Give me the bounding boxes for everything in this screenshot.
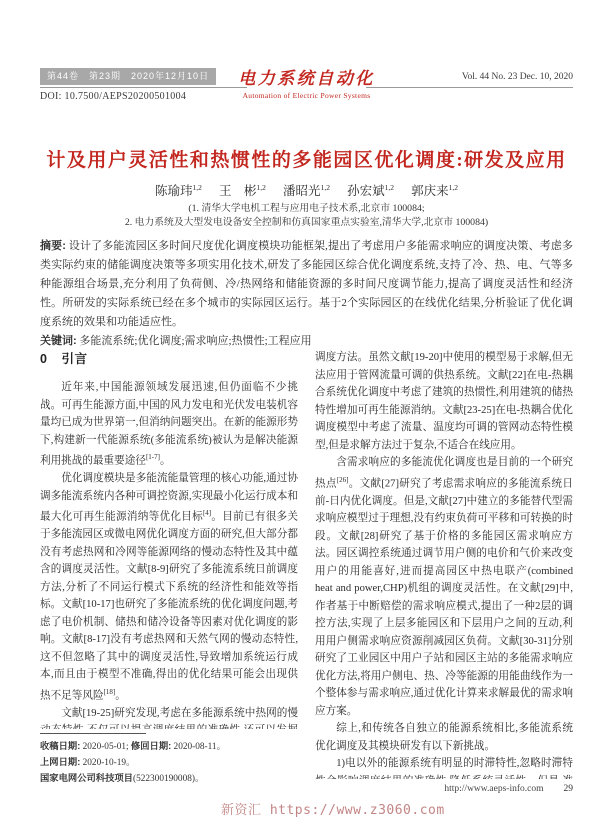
author: 陈瑜玮1,2 <box>155 184 202 198</box>
footnote-rule <box>40 733 146 734</box>
section-number: 0 <box>40 352 47 366</box>
author-affil-sup: 1,2 <box>385 183 394 192</box>
author: 郭庆来1,2 <box>411 184 458 198</box>
affiliations: (1. 清华大学电机工程与应用电子技术系,北京市 100084; 2. 电力系统… <box>0 202 613 230</box>
author-line: 陈瑜玮1,2 王 彬1,2 潘昭光1,2 孙宏斌1,2 郭庆来1,2 <box>0 181 613 199</box>
author-name: 陈瑜玮 <box>155 184 193 198</box>
page-footer: http://www.aeps-info.com29 <box>444 784 573 794</box>
author-name: 孙宏斌 <box>347 184 385 198</box>
journal-name-en: Automation of Electric Power Systems <box>0 91 613 100</box>
affiliation-1: (1. 清华大学电机工程与应用电子技术系,北京市 100084; <box>0 202 613 216</box>
right-column: 调度方法。虽然文献[19-20]中使用的模型易于求解,但无法应用于管网流量可调的… <box>315 349 573 779</box>
keywords-text: 多能流系统;优化调度;需求响应;热惯性;工程应用 <box>79 335 311 347</box>
watermark: 新资汇 https://www.z3060.com <box>221 799 445 818</box>
paragraph: 1)电以外的能源系统有明显的时滞特性,忽略时滞特性会影响调度结果的准确性,降低系… <box>315 755 573 779</box>
section-heading: 0引言 <box>40 349 298 367</box>
paragraph: 调度方法。虽然文献[19-20]中使用的模型易于求解,但无法应用于管网流量可调的… <box>315 349 573 454</box>
author: 王 彬1,2 <box>219 184 266 198</box>
abstract-text: 设计了多能流园区多时间尺度优化调度模块功能框架,提出了考虑用户多能需求响应的调度… <box>40 240 573 328</box>
author-affil-sup: 1,2 <box>321 183 330 192</box>
author-name: 郭庆来 <box>411 184 449 198</box>
footnote: 收稿日期: 2020-05-01; 修回日期: 2020-08-11。 上网日期… <box>40 733 298 787</box>
section-title: 引言 <box>61 352 87 366</box>
paper-page: 第44卷 第23期 2020年12月10日 DOI: 10.7500/AEPS2… <box>0 0 613 825</box>
journal-url: http://www.aeps-info.com <box>444 784 543 794</box>
author-name: 王 彬 <box>219 184 257 198</box>
author-affil-sup: 1,2 <box>257 183 266 192</box>
footnote-line: 国家电网公司科技项目(522300190008)。 <box>40 771 298 787</box>
paragraph: 综上,和传统各自独立的能源系统相比,多能流系统优化调度及其模块研发有以下新挑战。 <box>315 720 573 755</box>
affiliation-2: 2. 电力系统及大型发电设备安全控制和仿真国家重点实验室,清华大学,北京市 10… <box>0 216 613 230</box>
abstract: 摘要: 设计了多能流园区多时间尺度优化调度模块功能框架,提出了考虑用户多能需求响… <box>40 237 573 332</box>
paragraph: 优化调度模块是多能流能量管理的核心功能,通过协调多能流系统内各种可调控资源,实现… <box>40 470 298 705</box>
footnote-line: 收稿日期: 2020-05-01; 修回日期: 2020-08-11。 <box>40 739 298 755</box>
paragraph: 文献[19-25]研究发现,考虑在多能源系统中热网的慢动态特性,不仅可以提高调度… <box>40 705 298 729</box>
footnote-line: 上网日期: 2020-10-19。 <box>40 755 298 771</box>
paragraph: 近年来,中国能源领域发展迅速,但仍面临不少挑战。可再生能源方面,中国的风力发电和… <box>40 379 298 470</box>
journal-logo: 电力系统自动化 Automation of Electric Power Sys… <box>0 64 613 100</box>
keywords-label: 关键词: <box>40 335 77 347</box>
paragraph: 含需求响应的多能流优化调度也是目前的一个研究热点[26]。文献[27]研究了考虑… <box>315 454 573 720</box>
page-number: 29 <box>564 784 574 794</box>
article-title: 计及用户灵活性和热惯性的多能园区优化调度:研发及应用 <box>20 145 593 172</box>
author: 孙宏斌1,2 <box>347 184 394 198</box>
abstract-label: 摘要: <box>40 240 66 252</box>
author-affil-sup: 1,2 <box>193 183 202 192</box>
issue-info-en: Vol. 44 No. 23 Dec. 10, 2020 <box>462 72 573 82</box>
front-matter: 摘要: 设计了多能流园区多时间尺度优化调度模块功能框架,提出了考虑用户多能需求响… <box>40 237 573 351</box>
author: 潘昭光1,2 <box>283 184 330 198</box>
left-column: 0引言 近年来,中国能源领域发展迅速,但仍面临不少挑战。可再生能源方面,中国的风… <box>40 349 298 729</box>
author-name: 潘昭光 <box>283 184 321 198</box>
author-affil-sup: 1,2 <box>449 183 458 192</box>
